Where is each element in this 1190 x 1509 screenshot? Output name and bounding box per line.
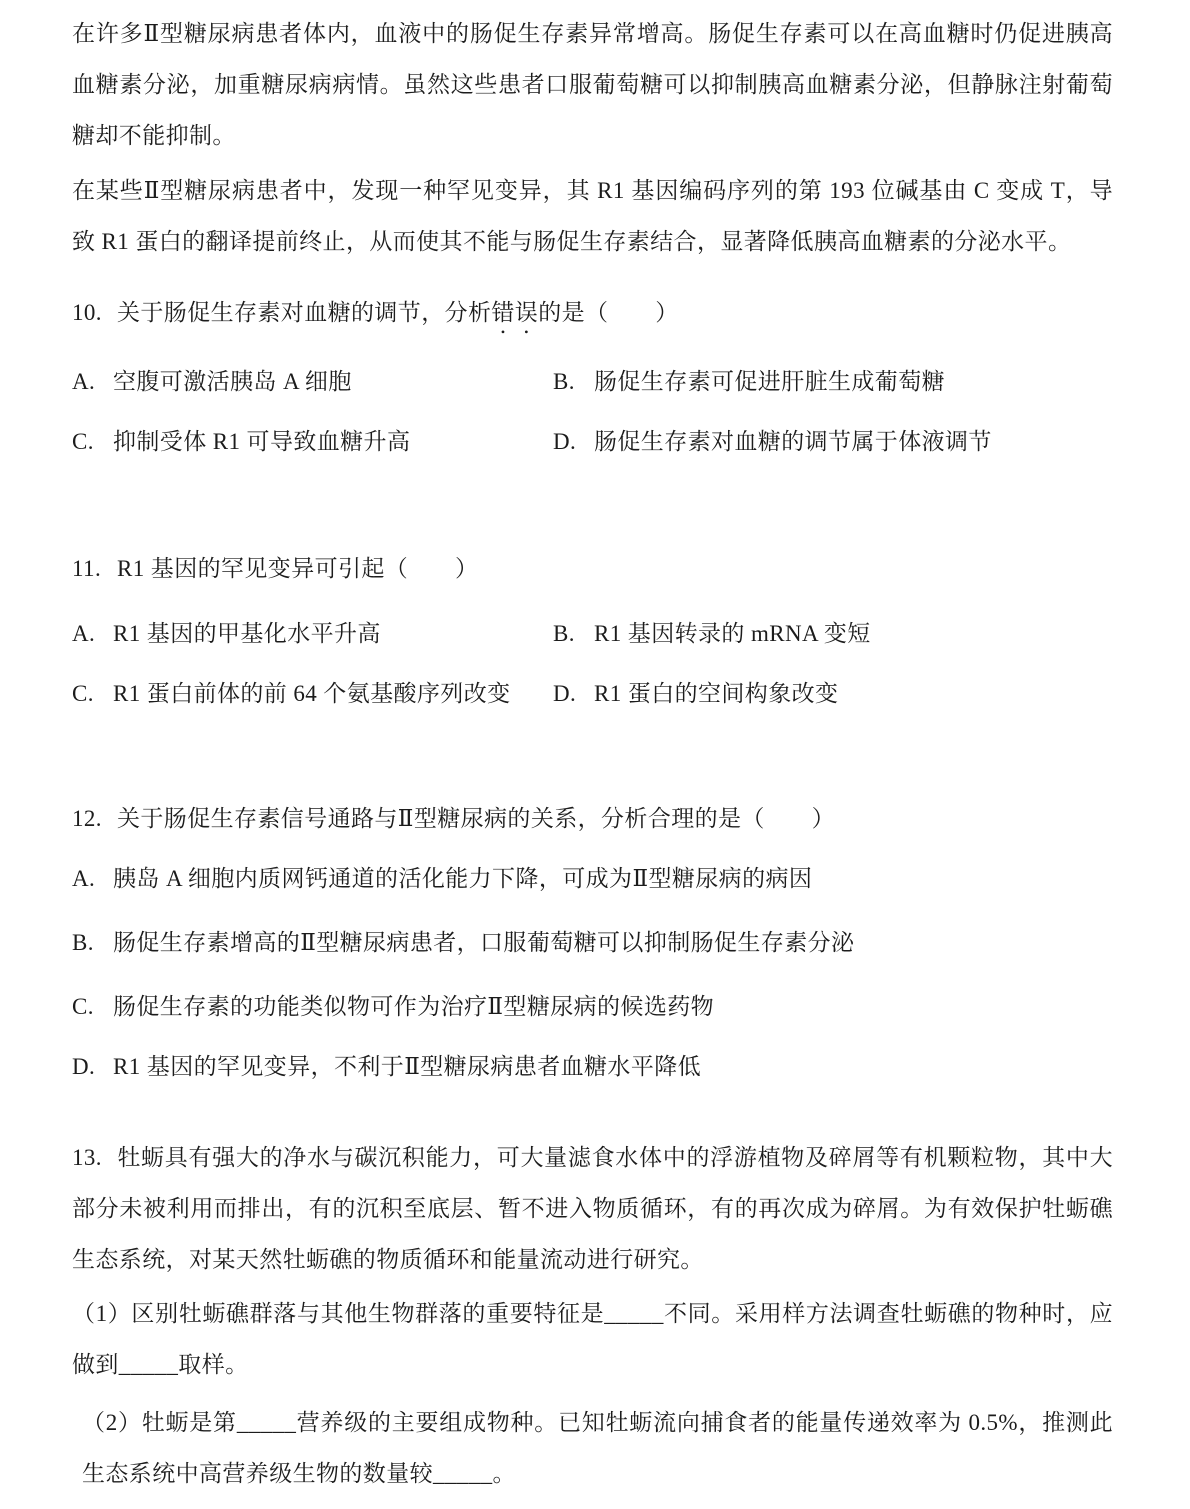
question-10-options-row-2: C.抑制受体 R1 可导致血糖升高 D.肠促生存素对血糖的调节属于体液调节: [72, 416, 1113, 467]
option-text: R1 基因转录的 mRNA 变短: [594, 621, 871, 646]
question-10-option-c: C.抑制受体 R1 可导致血糖升高: [72, 416, 553, 467]
option-text: R1 蛋白前体的前 64 个氨基酸序列改变: [113, 681, 511, 706]
option-label: C.: [72, 668, 113, 719]
question-11: 11.R1 基因的罕见变异可引起（ ） A.R1 基因的甲基化水平升高 B.R1…: [72, 543, 1113, 719]
question-13-number: 13.: [72, 1132, 117, 1183]
question-12-stem: 12.关于肠促生存素信号通路与Ⅱ型糖尿病的关系，分析合理的是（ ）: [72, 793, 1113, 844]
question-12-stem-text: 关于肠促生存素信号通路与Ⅱ型糖尿病的关系，分析合理的是（ ）: [117, 806, 835, 831]
question-10-stem-suffix: 的是（ ）: [538, 300, 678, 325]
intro-paragraph-1: 在许多Ⅱ型糖尿病患者体内，血液中的肠促生存素异常增高。肠促生存素可以在高血糖时仍…: [72, 8, 1113, 161]
option-text: 抑制受体 R1 可导致血糖升高: [113, 429, 410, 454]
question-13-sub-2: （2）牡蛎是第_____营养级的主要组成物种。已知牡蛎流向捕食者的能量传递效率为…: [72, 1397, 1113, 1499]
option-text: 胰岛 A 细胞内质网钙通道的活化能力下降，可成为Ⅱ型糖尿病的病因: [113, 866, 812, 891]
question-10-stem-emphasis: 错误: [491, 300, 538, 325]
question-12-option-d: D.R1 基因的罕见变异，不利于Ⅱ型糖尿病患者血糖水平降低: [72, 1041, 1113, 1092]
option-label: C.: [72, 416, 113, 467]
question-13: 13.牡蛎具有强大的净水与碳沉积能力，可大量滤食水体中的浮游植物及碎屑等有机颗粒…: [72, 1132, 1113, 1499]
option-text: R1 基因的罕见变异，不利于Ⅱ型糖尿病患者血糖水平降低: [113, 1054, 701, 1079]
option-label: A.: [72, 608, 113, 659]
option-text: R1 蛋白的空间构象改变: [594, 681, 838, 706]
question-11-options-row-1: A.R1 基因的甲基化水平升高 B.R1 基因转录的 mRNA 变短: [72, 608, 1113, 659]
question-12-number: 12.: [72, 793, 117, 844]
option-label: C.: [72, 981, 113, 1032]
question-13-sub-1: （1）区别牡蛎礁群落与其他生物群落的重要特征是_____不同。采用样方法调查牡蛎…: [72, 1288, 1113, 1390]
question-11-options-row-2: C.R1 蛋白前体的前 64 个氨基酸序列改变 D.R1 蛋白的空间构象改变: [72, 668, 1113, 719]
question-10: 10.关于肠促生存素对血糖的调节，分析错误的是（ ） A.空腹可激活胰岛 A 细…: [72, 287, 1113, 467]
option-label: B.: [553, 608, 594, 659]
option-label: D.: [553, 416, 594, 467]
question-11-option-b: B.R1 基因转录的 mRNA 变短: [553, 608, 1113, 659]
intro-paragraph-2: 在某些Ⅱ型糖尿病患者中，发现一种罕见变异，其 R1 基因编码序列的第 193 位…: [72, 165, 1113, 267]
question-10-stem-prefix: 关于肠促生存素对血糖的调节，分析: [117, 300, 491, 325]
question-11-option-a: A.R1 基因的甲基化水平升高: [72, 608, 553, 659]
question-10-option-b: B.肠促生存素可促进肝脏生成葡萄糖: [553, 356, 1113, 407]
question-11-stem: 11.R1 基因的罕见变异可引起（ ）: [72, 543, 1113, 594]
option-label: B.: [72, 917, 113, 968]
question-11-option-d: D.R1 蛋白的空间构象改变: [553, 668, 1113, 719]
question-12-option-b: B.肠促生存素增高的Ⅱ型糖尿病患者，口服葡萄糖可以抑制肠促生存素分泌: [72, 917, 1113, 968]
exam-page: 在许多Ⅱ型糖尿病患者体内，血液中的肠促生存素异常增高。肠促生存素可以在高血糖时仍…: [0, 0, 1183, 1509]
question-10-stem: 10.关于肠促生存素对血糖的调节，分析错误的是（ ）: [72, 287, 1113, 339]
option-label: A.: [72, 853, 113, 904]
option-text: 肠促生存素的功能类似物可作为治疗Ⅱ型糖尿病的候选药物: [113, 994, 714, 1019]
option-text: R1 基因的甲基化水平升高: [113, 621, 381, 646]
question-10-options-row-1: A.空腹可激活胰岛 A 细胞 B.肠促生存素可促进肝脏生成葡萄糖: [72, 356, 1113, 407]
option-text: 空腹可激活胰岛 A 细胞: [113, 369, 352, 394]
question-13-body: 牡蛎具有强大的净水与碳沉积能力，可大量滤食水体中的浮游植物及碎屑等有机颗粒物，其…: [72, 1145, 1113, 1272]
question-11-stem-text: R1 基因的罕见变异可引起（ ）: [117, 556, 478, 581]
option-text: 肠促生存素可促进肝脏生成葡萄糖: [594, 369, 945, 394]
question-12-option-a: A.胰岛 A 细胞内质网钙通道的活化能力下降，可成为Ⅱ型糖尿病的病因: [72, 853, 1113, 904]
question-11-number: 11.: [72, 543, 117, 594]
option-label: A.: [72, 356, 113, 407]
question-11-option-c: C.R1 蛋白前体的前 64 个氨基酸序列改变: [72, 668, 553, 719]
question-12: 12.关于肠促生存素信号通路与Ⅱ型糖尿病的关系，分析合理的是（ ） A.胰岛 A…: [72, 793, 1113, 1092]
option-label: D.: [72, 1041, 113, 1092]
question-13-text: 13.牡蛎具有强大的净水与碳沉积能力，可大量滤食水体中的浮游植物及碎屑等有机颗粒…: [72, 1132, 1113, 1285]
option-text: 肠促生存素增高的Ⅱ型糖尿病患者，口服葡萄糖可以抑制肠促生存素分泌: [113, 930, 854, 955]
question-10-number: 10.: [72, 287, 117, 338]
option-text: 肠促生存素对血糖的调节属于体液调节: [594, 429, 992, 454]
question-10-option-d: D.肠促生存素对血糖的调节属于体液调节: [553, 416, 1113, 467]
question-10-option-a: A.空腹可激活胰岛 A 细胞: [72, 356, 553, 407]
option-label: B.: [553, 356, 594, 407]
option-label: D.: [553, 668, 594, 719]
question-12-option-c: C.肠促生存素的功能类似物可作为治疗Ⅱ型糖尿病的候选药物: [72, 981, 1113, 1032]
